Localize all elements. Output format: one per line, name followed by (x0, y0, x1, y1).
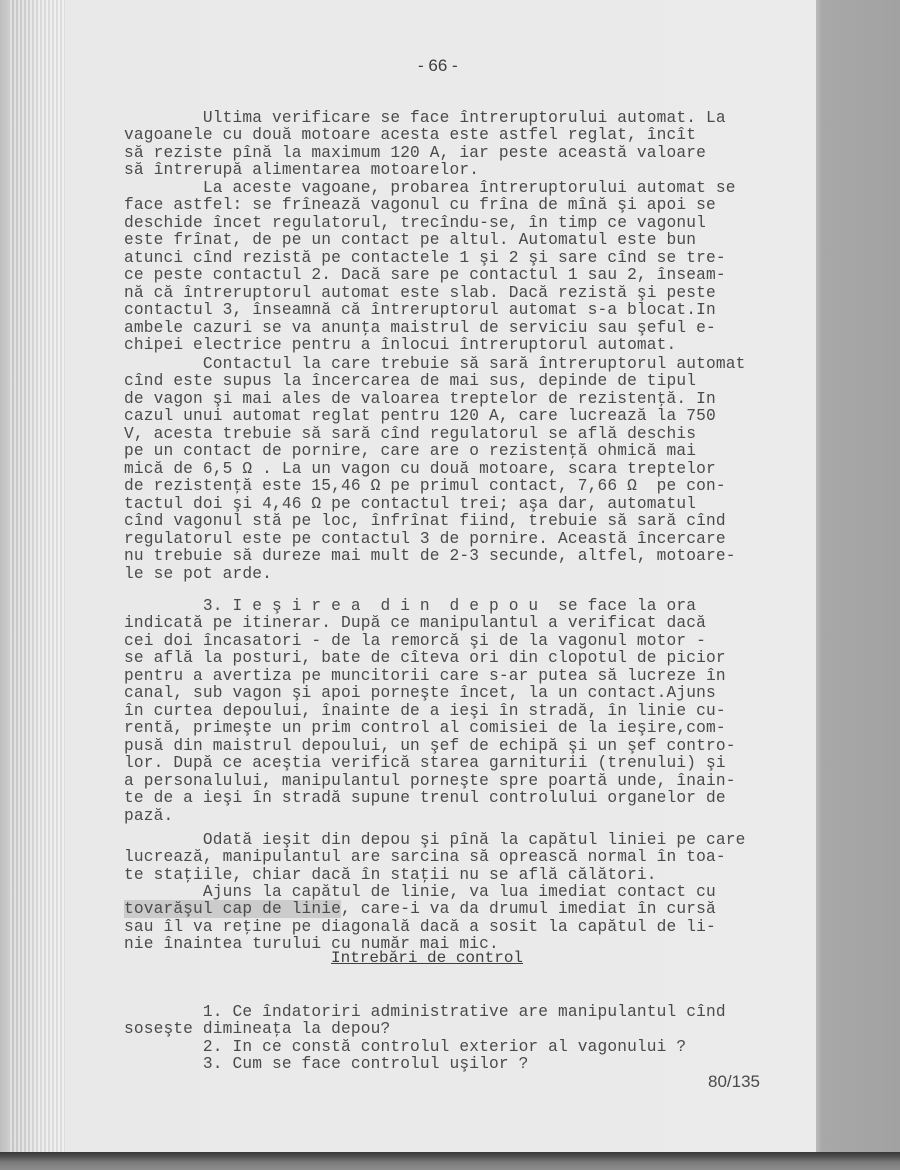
text-line: nu trebuie să dureze mai mult de 2-3 sec… (124, 548, 745, 566)
text-line: indicată pe itinerar. După ce manipulant… (124, 615, 736, 633)
questions-list: 1. Ce îndatoriri administrative are mani… (124, 986, 726, 1091)
question-line: 2. In ce constă controlul exterior al va… (124, 1039, 726, 1057)
text-line: pe un contact de pornire, care are o rez… (124, 443, 745, 461)
question-line: 3. Cum se face controlul uşilor ? (124, 1056, 726, 1074)
page-edges (10, 0, 65, 1155)
text-line: contactul 3, înseamnă că întreruptorul a… (124, 302, 736, 320)
text-line: a personalului, manipulantul porneşte sp… (124, 773, 736, 791)
folio-number: 80/135 (708, 1072, 760, 1092)
text-line: lucrează, manipulantul are sarcina să op… (124, 849, 745, 867)
text-line: de vagon şi mai ales de valoarea treptel… (124, 391, 745, 409)
highlighted-phrase: tovarăşul cap de linie (124, 900, 341, 918)
text-line: te de a ieşi în stradă supune trenul con… (124, 790, 736, 808)
text-line: pentru a avertiza pe muncitorii care s-a… (124, 668, 736, 686)
question-line: 1. Ce îndatoriri administrative are mani… (124, 1004, 726, 1022)
question-line: soseşte dimineaţa la depou? (124, 1021, 726, 1039)
text-line: Contactul la care trebuie să sară întrer… (124, 356, 745, 374)
text-line-highlighted: tovarăşul cap de linie, care-i va da dru… (124, 901, 716, 919)
text-line: V, acesta trebuie să sară cînd regulator… (124, 426, 745, 444)
text-line: 3. I e ş i r e a d i n d e p o u se face… (124, 598, 736, 616)
text-line: sau îl va reţine pe diagonală dacă a sos… (124, 919, 716, 937)
text-line: nă că întreruptorul automat este slab. D… (124, 285, 736, 303)
book-bottom-edge (0, 1152, 900, 1170)
text-line: La aceste vagoane, probarea întreruptoru… (124, 180, 736, 198)
text-line: este frînat, de pe un contact pe altul. … (124, 232, 736, 250)
paragraph-3: Contactul la care trebuie să sară întrer… (124, 338, 745, 601)
text-line: mică de 6,5 Ω . La un vagon cu două moto… (124, 461, 745, 479)
section-heading: Intrebări de control (331, 949, 523, 967)
text-line: cînd este supus la încercarea de mai sus… (124, 373, 745, 391)
text-line: atunci cînd rezistă pe contactele 1 şi 2… (124, 250, 736, 268)
text-line: în curtea depoului, înainte de a ieşi în… (124, 703, 736, 721)
text-line: regulatorul este pe contactul 3 de porni… (124, 531, 745, 549)
text-line: pusă din maistrul depoului, un şef de ec… (124, 738, 736, 756)
text-line: cei doi încasatori - de la remorcă şi de… (124, 633, 736, 651)
text-line: cînd vagonul stă pe loc, înfrînat fiind,… (124, 513, 745, 531)
text-line: ce peste contactul 2. Dacă sare pe conta… (124, 267, 736, 285)
text-line: tactul doi şi 4,46 Ω pe contactul trei; … (124, 496, 745, 514)
page-number-header: - 66 - (418, 56, 458, 76)
paragraph-4: 3. I e ş i r e a d i n d e p o u se face… (124, 580, 736, 843)
text-line: ambele cazuri se va anunţa maistrul de s… (124, 320, 736, 338)
text-line: canal, sub vagon şi apoi porneşte încet,… (124, 685, 736, 703)
text-line: Odată ieşit din depou şi pînă la capătul… (124, 832, 745, 850)
text-line: face astfel: se frînează vagonul cu frîn… (124, 197, 736, 215)
text-line: lor. După ce aceştia verifică starea gar… (124, 755, 736, 773)
text-line: deschide încet regulatorul, trecîndu-se,… (124, 215, 736, 233)
background-right (816, 0, 900, 1155)
text-line: să reziste pînă la maximum 120 A, iar pe… (124, 145, 726, 163)
text-line: cazul unui automat reglat pentru 120 A, … (124, 408, 745, 426)
text-line: Ajuns la capătul de linie, va lua imedia… (124, 884, 716, 902)
text-line: rentă, primeşte un prim control al comis… (124, 720, 736, 738)
text-fragment: , care-i va da drumul imediat în cursă (341, 900, 716, 918)
text-line: se află la posturi, bate de cîteva ori d… (124, 650, 736, 668)
text-line: vagoanele cu două motoare acesta este as… (124, 127, 726, 145)
text-line: de rezistenţă este 15,46 Ω pe primul con… (124, 478, 745, 496)
text-line: Ultima verificare se face întreruptorulu… (124, 110, 726, 128)
